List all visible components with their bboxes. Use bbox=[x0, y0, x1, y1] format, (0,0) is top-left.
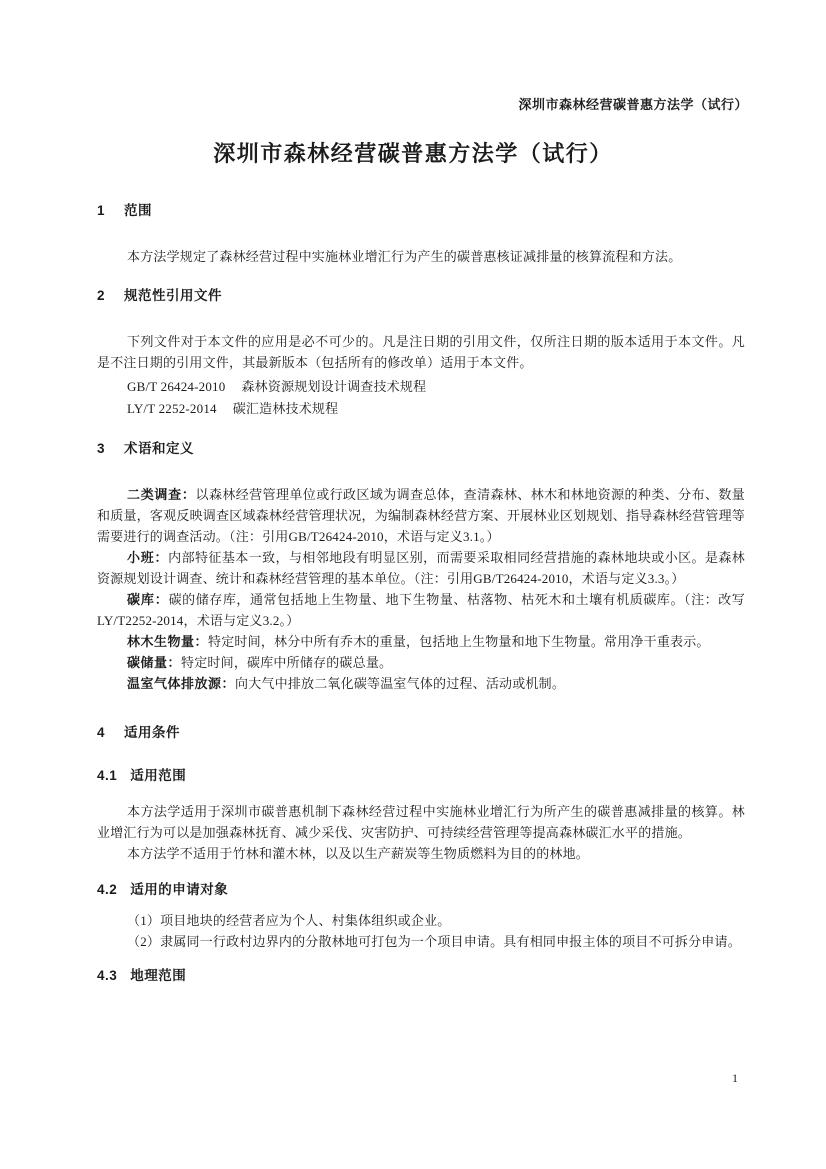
section-heading-applicability: 4适用条件 bbox=[97, 725, 745, 740]
subsection-heading-applicable-scope: 4.1适用范围 bbox=[97, 768, 745, 783]
paragraph-normative-references: 下列文件对于本文件的应用是必不可少的。凡是注日期的引用文件，仅所注日期的版本适用… bbox=[97, 331, 745, 373]
reference-code: LY/T 2252-2014 bbox=[127, 401, 217, 416]
list-item-applicant-1: （1）项目地块的经营者应为个人、村集体组织或企业。 bbox=[97, 910, 745, 931]
list-item-applicant-2: （2）隶属同一行政村边界内的分散林地可打包为一个项目申请。具有相同申报主体的项目… bbox=[97, 931, 745, 952]
reference-item: LY/T 2252-2014碳汇造林技术规程 bbox=[97, 398, 745, 420]
section-number: 1 bbox=[97, 203, 111, 218]
reference-name: 森林资源规划设计调查技术规程 bbox=[241, 379, 426, 394]
subsection-number: 4.3 bbox=[97, 968, 117, 983]
term-text: 碳的储存库，通常包括地上生物量、地下生物量、枯落物、枯死木和土壤有机质碳库。（注… bbox=[97, 592, 745, 628]
subsection-title: 适用的申请对象 bbox=[130, 882, 228, 897]
section-heading-terms-definitions: 3术语和定义 bbox=[97, 441, 745, 456]
subsection-heading-applicants: 4.2适用的申请对象 bbox=[97, 882, 745, 897]
paragraph-scope: 本方法学规定了森林经营过程中实施林业增汇行为产生的碳普惠核证减排量的核算流程和方… bbox=[97, 246, 745, 267]
reference-name: 碳汇造林技术规程 bbox=[233, 401, 339, 416]
term-name: 小班： bbox=[127, 550, 168, 565]
subsection-title: 适用范围 bbox=[130, 768, 186, 783]
section-number: 3 bbox=[97, 441, 111, 456]
page-number: 1 bbox=[732, 1071, 738, 1085]
section-title: 规范性引用文件 bbox=[124, 288, 222, 303]
section-number: 4 bbox=[97, 725, 111, 740]
section-heading-normative-references: 2规范性引用文件 bbox=[97, 288, 745, 303]
section-title: 范围 bbox=[124, 203, 152, 218]
term-definition: 小班：内部特征基本一致，与相邻地段有明显区别，而需要采取相同经营措施的森林地块或… bbox=[97, 547, 745, 589]
term-text: 内部特征基本一致，与相邻地段有明显区别，而需要采取相同经营措施的森林地块或小区。… bbox=[97, 550, 745, 586]
section-title: 术语和定义 bbox=[124, 441, 194, 456]
term-name: 碳库： bbox=[127, 592, 169, 607]
document-body: 1范围 本方法学规定了森林经营过程中实施林业增汇行为产生的碳普惠核证减排量的核算… bbox=[97, 203, 745, 983]
term-definition: 林木生物量：特定时间，林分中所有乔木的重量，包括地上生物量和地下生物量。常用净干… bbox=[97, 631, 745, 652]
document-title: 深圳市森林经营碳普惠方法学（试行） bbox=[0, 140, 826, 168]
term-definition: 二类调查：以森林经营管理单位或行政区域为调查总体，查清森林、林木和林地资源的种类… bbox=[97, 484, 745, 547]
paragraph-applicable-scope: 本方法学适用于深圳市碳普惠机制下森林经营过程中实施林业增汇行为所产生的碳普惠减排… bbox=[97, 801, 745, 843]
term-name: 二类调查： bbox=[127, 487, 196, 502]
section-title: 适用条件 bbox=[124, 725, 180, 740]
section-heading-scope: 1范围 bbox=[97, 203, 745, 218]
section-number: 2 bbox=[97, 288, 111, 303]
reference-item: GB/T 26424-2010森林资源规划设计调查技术规程 bbox=[97, 376, 745, 398]
document-page: 深圳市森林经营碳普惠方法学（试行） 深圳市森林经营碳普惠方法学（试行） 1范围 … bbox=[0, 0, 826, 1169]
subsection-heading-geographic-scope: 4.3地理范围 bbox=[97, 968, 745, 983]
term-name: 林木生物量： bbox=[127, 634, 208, 649]
paragraph-not-applicable: 本方法学不适用于竹林和灌木林，以及以生产薪炭等生物质燃料为目的的林地。 bbox=[97, 843, 745, 864]
reference-code: GB/T 26424-2010 bbox=[127, 379, 225, 394]
subsection-title: 地理范围 bbox=[130, 968, 186, 983]
term-text: 特定时间，林分中所有乔木的重量，包括地上生物量和地下生物量。常用净干重表示。 bbox=[208, 634, 710, 649]
term-text: 特定时间，碳库中所储存的碳总量。 bbox=[181, 655, 392, 670]
subsection-number: 4.2 bbox=[97, 882, 117, 897]
term-name: 碳储量： bbox=[127, 655, 181, 670]
term-definition: 碳库：碳的储存库，通常包括地上生物量、地下生物量、枯落物、枯死木和土壤有机质碳库… bbox=[97, 589, 745, 631]
running-header: 深圳市森林经营碳普惠方法学（试行） bbox=[518, 97, 748, 112]
term-definition: 碳储量：特定时间，碳库中所储存的碳总量。 bbox=[97, 652, 745, 673]
reference-list: GB/T 26424-2010森林资源规划设计调查技术规程 LY/T 2252-… bbox=[97, 376, 745, 420]
subsection-number: 4.1 bbox=[97, 768, 117, 783]
term-definition: 温室气体排放源：向大气中排放二氧化碳等温室气体的过程、活动或机制。 bbox=[97, 673, 745, 694]
term-name: 温室气体排放源： bbox=[127, 676, 235, 691]
term-text: 向大气中排放二氧化碳等温室气体的过程、活动或机制。 bbox=[235, 676, 565, 691]
